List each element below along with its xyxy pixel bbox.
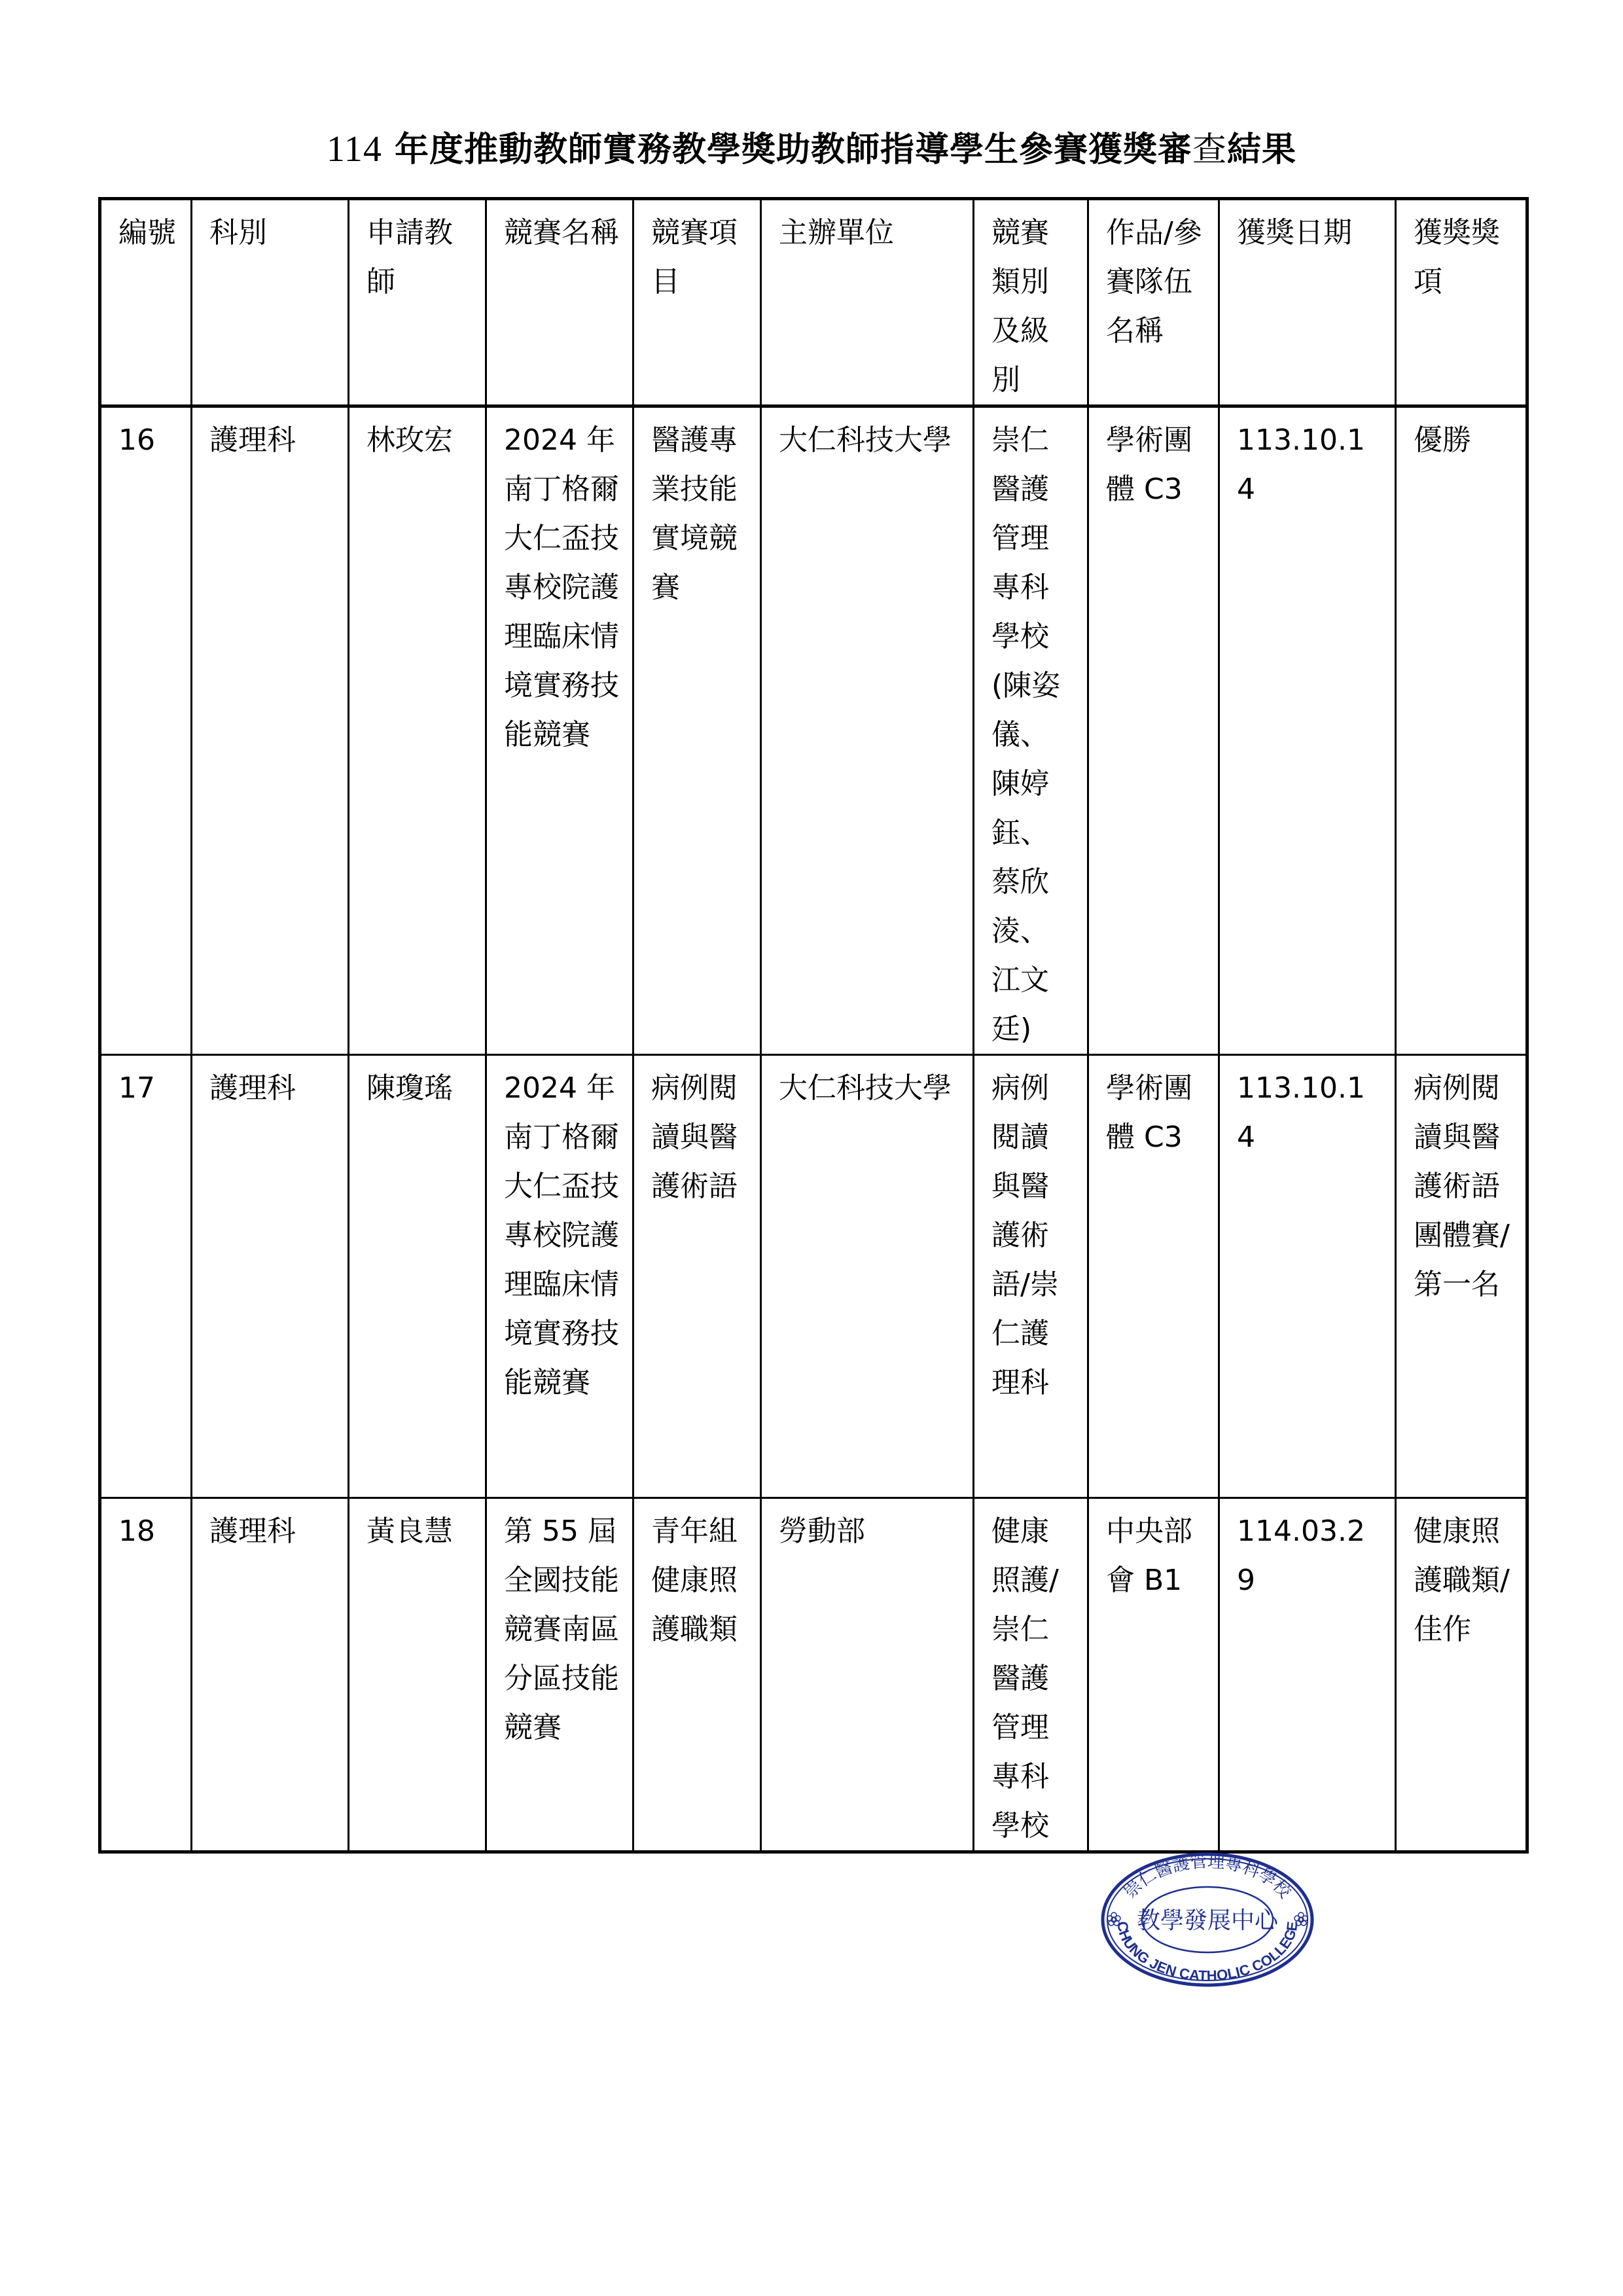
col-header-category: 競賽類別及級別 — [974, 199, 1088, 406]
col-header-date: 獲獎日期 — [1219, 199, 1396, 406]
cell-no: 17 — [100, 1055, 192, 1498]
cell-dept: 護理科 — [192, 1498, 349, 1852]
seal-outer-text: 崇仁醫護管理專科學校 — [1120, 1852, 1295, 1903]
cell-date: 113.10.14 — [1219, 406, 1396, 1055]
cell-category: 健康照護/崇仁醫護管理專科學校 — [974, 1498, 1088, 1852]
col-header-team: 作品/參賽隊伍名稱 — [1088, 199, 1219, 406]
title-year: 114 — [327, 129, 382, 170]
title-text-b: 查 — [1192, 130, 1227, 170]
col-header-award: 獲獎獎項 — [1396, 199, 1527, 406]
cell-event: 醫護專業技能實境競賽 — [633, 406, 761, 1055]
cell-dept: 護理科 — [192, 406, 349, 1055]
col-header-dept: 科別 — [192, 199, 349, 406]
cell-category: 病例閱讀與醫護術語/崇仁護理科 — [974, 1055, 1088, 1498]
cell-no: 18 — [100, 1498, 192, 1852]
seal-center-text: 教學發展中心 — [1137, 1907, 1279, 1934]
col-header-event: 競賽項目 — [633, 199, 761, 406]
cell-teacher: 黃良慧 — [349, 1498, 486, 1852]
cell-team: 中央部會 B1 — [1088, 1498, 1219, 1852]
cell-date: 114.03.29 — [1219, 1498, 1396, 1852]
table-header-row: 編號 科別 申請教師 競賽名稱 競賽項目 主辦單位 競賽類別及級別 作品/參賽隊… — [100, 199, 1527, 406]
cell-organizer: 大仁科技大學 — [761, 406, 974, 1055]
title-text-c: 結果 — [1227, 130, 1296, 170]
cell-date: 113.10.14 — [1219, 1055, 1396, 1498]
cell-category: 崇仁醫護管理專科學校(陳姿儀、陳婷鈺、蔡欣淩、江文廷) — [974, 406, 1088, 1055]
cell-teacher: 陳瓊瑤 — [349, 1055, 486, 1498]
official-seal-stamp: 崇仁醫護管理專科學校 教學發展中心 CHUNG JEN CATHOLIC COL… — [1099, 1851, 1315, 1988]
svg-text:崇仁醫護管理專科學校: 崇仁醫護管理專科學校 — [1120, 1852, 1295, 1903]
col-header-no: 編號 — [100, 199, 192, 406]
cell-event: 病例閱讀與醫護術語 — [633, 1055, 761, 1498]
cell-competition: 第 55 屆全國技能競賽南區分區技能競賽 — [486, 1498, 633, 1852]
cell-teacher: 林玫宏 — [349, 406, 486, 1055]
seal-icon: 崇仁醫護管理專科學校 教學發展中心 CHUNG JEN CATHOLIC COL… — [1099, 1851, 1315, 1988]
table-row: 16 護理科 林玫宏 2024 年南丁格爾大仁盃技專校院護理臨床情境實務技能競賽… — [100, 406, 1527, 1055]
cell-competition: 2024 年南丁格爾大仁盃技專校院護理臨床情境實務技能競賽 — [486, 406, 633, 1055]
cell-team: 學術團體 C3 — [1088, 1055, 1219, 1498]
cell-event: 青年組健康照護職類 — [633, 1498, 761, 1852]
cell-no: 16 — [100, 406, 192, 1055]
col-header-competition: 競賽名稱 — [486, 199, 633, 406]
table-row: 18 護理科 黃良慧 第 55 屆全國技能競賽南區分區技能競賽 青年組健康照護職… — [100, 1498, 1527, 1852]
cell-organizer: 大仁科技大學 — [761, 1055, 974, 1498]
title-text-a: 年度推動教師實務教學獎助教師指導學生參賽獲獎審 — [395, 130, 1192, 170]
cell-team: 學術團體 C3 — [1088, 406, 1219, 1055]
table-row: 17 護理科 陳瓊瑤 2024 年南丁格爾大仁盃技專校院護理臨床情境實務技能競賽… — [100, 1055, 1527, 1498]
cell-competition: 2024 年南丁格爾大仁盃技專校院護理臨床情境實務技能競賽 — [486, 1055, 633, 1498]
cell-dept: 護理科 — [192, 1055, 349, 1498]
col-header-teacher: 申請教師 — [349, 199, 486, 406]
cell-award: 健康照護職類/佳作 — [1396, 1498, 1527, 1852]
document-title: 114 年度推動教師實務教學獎助教師指導學生參賽獲獎審查結果 — [0, 122, 1623, 171]
cell-award: 病例閱讀與醫護術語團體賽/第一名 — [1396, 1055, 1527, 1498]
col-header-organizer: 主辦單位 — [761, 199, 974, 406]
cell-organizer: 勞動部 — [761, 1498, 974, 1852]
results-table: 編號 科別 申請教師 競賽名稱 競賽項目 主辦單位 競賽類別及級別 作品/參賽隊… — [98, 197, 1529, 1854]
cell-award: 優勝 — [1396, 406, 1527, 1055]
